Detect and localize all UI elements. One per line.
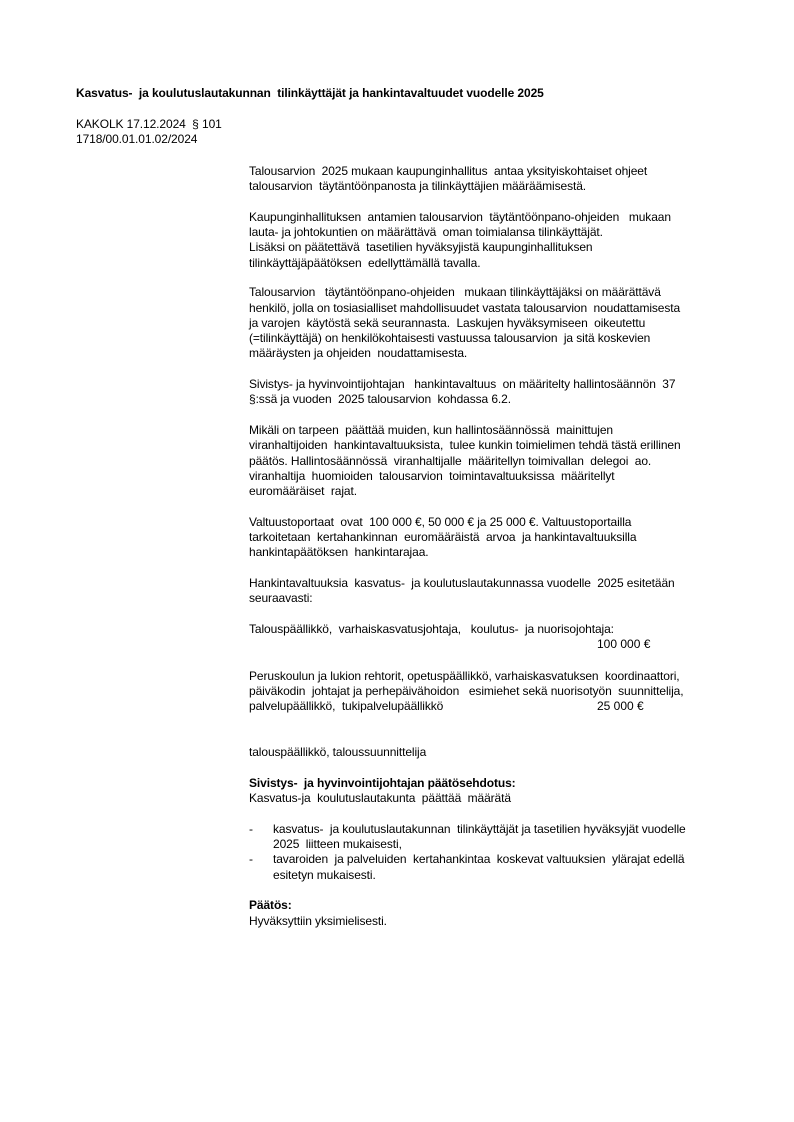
proposal-item-line: kasvatus- ja koulutuslautakunnan tilinkä… bbox=[273, 822, 686, 837]
paragraph-line: talousarvion täytäntöönpanosta ja tilink… bbox=[249, 179, 586, 194]
paragraph-line: määräysten ja ohjeiden noudattamisesta. bbox=[249, 346, 467, 361]
decision-text: Hyväksyttiin yksimielisesti. bbox=[249, 914, 387, 929]
paragraph-line: Sivistys- ja hyvinvointijohtajan hankint… bbox=[249, 377, 675, 392]
document-title: Kasvatus- ja koulutuslautakunnan tilinkä… bbox=[76, 86, 544, 100]
proposal-item-line: tavaroiden ja palveluiden kertahankintaa… bbox=[273, 852, 685, 867]
preparers: talouspäällikkö, taloussuunnittelija bbox=[249, 745, 426, 760]
proposal-item-line: esitetyn mukaisesti. bbox=[273, 868, 376, 883]
paragraph-line: Hankintavaltuuksia kasvatus- ja koulutus… bbox=[249, 576, 675, 591]
authority-roles: Talouspäällikkö, varhaiskasvatusjohtaja,… bbox=[249, 622, 614, 637]
paragraph-line: henkilö, jolla on tosiasialliset mahdoll… bbox=[249, 301, 680, 316]
authority-roles: päiväkodin johtajat ja perhepäivähoidon … bbox=[249, 684, 683, 699]
authority-roles: palvelupäällikkö, tukipalvelupäällikkö bbox=[249, 699, 443, 714]
bullet-dash: - bbox=[249, 852, 253, 867]
paragraph-line: hankintapäätöksen hankintarajaa. bbox=[249, 545, 429, 560]
proposal-heading: Sivistys- ja hyvinvointijohtajan päätöse… bbox=[249, 776, 516, 791]
paragraph-line: Valtuustoportaat ovat 100 000 €, 50 000 … bbox=[249, 515, 631, 530]
paragraph-line: ja varojen käytöstä sekä seurannasta. La… bbox=[249, 316, 645, 331]
paragraph-line: §:ssä ja vuoden 2025 talousarvion kohdas… bbox=[249, 392, 511, 407]
paragraph-line: Talousarvion 2025 mukaan kaupunginhallit… bbox=[249, 164, 647, 179]
paragraph-line: lauta- ja johtokuntien on määrättävä oma… bbox=[249, 225, 603, 240]
paragraph-line: Mikäli on tarpeen päättää muiden, kun ha… bbox=[249, 423, 613, 438]
paragraph-line: seuraavasti: bbox=[249, 591, 313, 606]
paragraph-line: (=tilinkäyttäjä) on henkilökohtaisesti v… bbox=[249, 331, 650, 346]
paragraph-line: Lisäksi on päätettävä tasetilien hyväksy… bbox=[249, 240, 593, 255]
paragraph-line: tilinkäyttäjäpäätöksen edellyttämällä ta… bbox=[249, 256, 480, 271]
authority-amount: 25 000 € bbox=[597, 699, 644, 714]
paragraph-line: viranhaltijoiden hankintavaltuuksista, t… bbox=[249, 438, 681, 453]
meeting-reference: KAKOLK 17.12.2024 § 101 bbox=[76, 117, 222, 132]
paragraph-line: Kaupunginhallituksen antamien talousarvi… bbox=[249, 210, 671, 225]
paragraph-line: euromääräiset rajat. bbox=[249, 484, 357, 499]
decision-heading: Päätös: bbox=[249, 898, 292, 913]
proposal-intro: Kasvatus-ja koulutuslautakunta päättää m… bbox=[249, 791, 511, 806]
document-page: Kasvatus- ja koulutuslautakunnan tilinkä… bbox=[0, 0, 794, 1122]
paragraph-line: Talousarvion täytäntöönpano-ohjeiden muk… bbox=[249, 285, 661, 300]
authority-roles: Peruskoulun ja lukion rehtorit, opetuspä… bbox=[249, 669, 680, 684]
paragraph-line: tarkoitetaan kertahankinnan euromääräist… bbox=[249, 530, 636, 545]
bullet-dash: - bbox=[249, 822, 253, 837]
authority-amount: 100 000 € bbox=[597, 637, 650, 652]
diary-number: 1718/00.01.01.02/2024 bbox=[76, 132, 197, 147]
paragraph-line: viranhaltija huomioiden talousarvion toi… bbox=[249, 469, 615, 484]
proposal-item-line: 2025 liitteen mukaisesti, bbox=[273, 837, 402, 852]
paragraph-line: päätös. Hallintosäännössä viranhaltijall… bbox=[249, 454, 651, 469]
